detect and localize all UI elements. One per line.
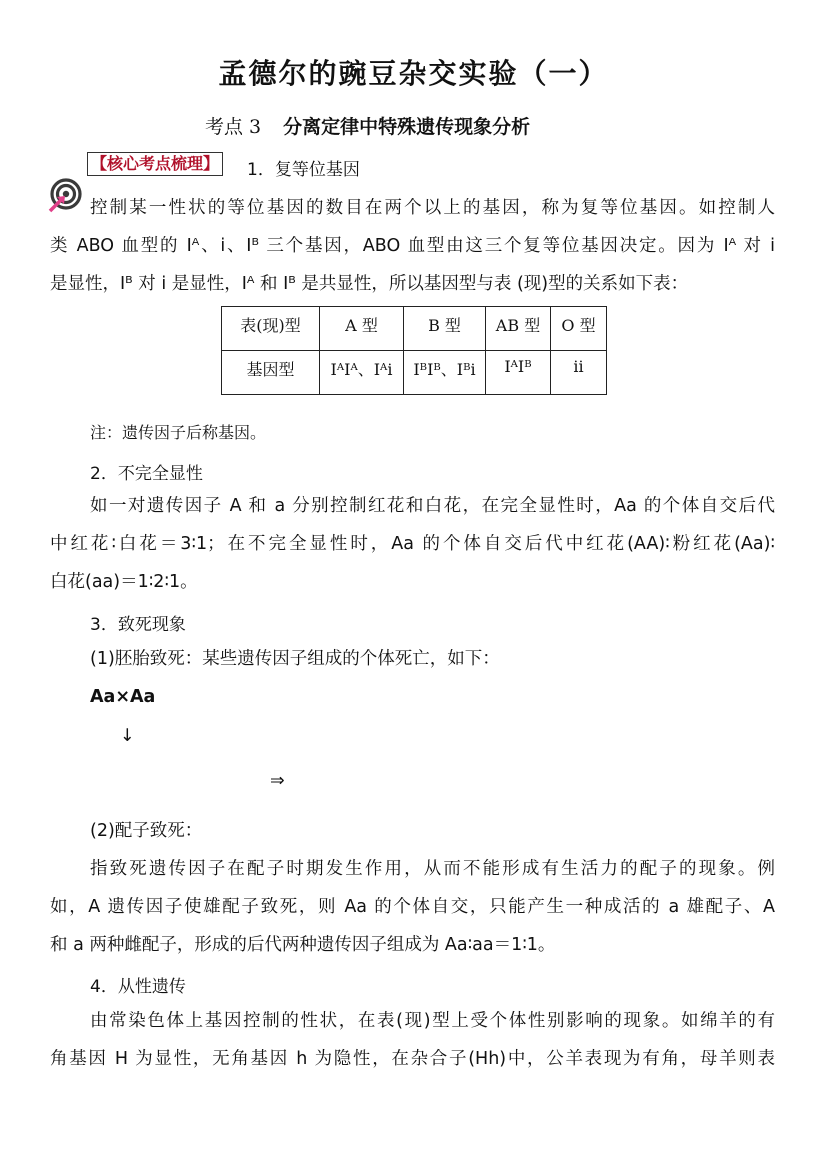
table-row: 基因型 IᴬIᴬ、Iᴬi IᴮIᴮ、Iᴮi IᴬIᴮ ii xyxy=(222,351,607,395)
paragraph-line: 由常染色体上基因控制的性状，在表(现)型上受个体性别影响的现象。如绵羊的有 xyxy=(50,1002,775,1040)
cross-formula: Aa×Aa xyxy=(90,678,155,716)
paragraph-line: 中红花∶白花＝3∶1；在不完全显性时，Aa 的个体自交后代中红花(AA)∶粉红花… xyxy=(50,525,775,563)
subtitle-text: 分离定律中特殊遗传现象分析 xyxy=(283,116,530,138)
table-header: 表(现)型 xyxy=(222,307,320,351)
table-cell: ii xyxy=(551,351,607,395)
heading-multiple-alleles: 1．复等位基因 xyxy=(247,155,360,180)
table-row-label: 基因型 xyxy=(222,351,320,395)
paragraph-line: 控制某一性状的等位基因的数目在两个以上的基因，称为复等位基因。如控制人 xyxy=(50,189,775,227)
paragraph-line: 指致死遗传因子在配子时期发生作用，从而不能形成有生活力的配子的现象。例 xyxy=(50,850,775,888)
heading-incomplete-dominance: 2．不完全显性 xyxy=(90,459,203,484)
arrow-right-icon: ⇒ xyxy=(270,762,285,800)
table-header: B 型 xyxy=(404,307,486,351)
arrow-down-icon: ↓ xyxy=(120,717,135,755)
table-header: AB 型 xyxy=(486,307,551,351)
heading-sex-influenced: 4．从性遗传 xyxy=(90,972,186,997)
paragraph-line: 是显性，Iᴮ 对 i 是显性，Iᴬ 和 Iᴮ 是共显性，所以基因型与表 (现)型… xyxy=(50,265,688,303)
page-title: 孟德尔的豌豆杂交实验（一） xyxy=(0,52,827,92)
subheading-gamete-lethal: (2)配子致死： xyxy=(90,812,202,850)
table-cell: IᴬIᴬ、Iᴬi xyxy=(320,351,404,395)
core-points-tag: 【核心考点梳理】 xyxy=(87,152,223,176)
table-header-row: 表(现)型 A 型 B 型 AB 型 O 型 xyxy=(222,307,607,351)
paragraph-line: 和 a 两种雌配子，形成的后代两种遗传因子组成为 Aa∶aa＝1∶1。 xyxy=(50,926,555,964)
table-cell: IᴮIᴮ、Iᴮi xyxy=(404,351,486,395)
table-header: O 型 xyxy=(551,307,607,351)
paragraph-line: 角基因 H 为显性，无角基因 h 为隐性，在杂合子(Hh)中，公羊表现为有角，母… xyxy=(50,1040,775,1078)
table-header: A 型 xyxy=(320,307,404,351)
blood-type-table: 表(现)型 A 型 B 型 AB 型 O 型 基因型 IᴬIᴬ、Iᴬi IᴮIᴮ… xyxy=(221,306,607,395)
heading-lethal-phenomenon: 3．致死现象 xyxy=(90,610,186,635)
section-subtitle: 考点 3分离定律中特殊遗传现象分析 xyxy=(205,112,530,139)
paragraph-line: 类 ABO 血型的 Iᴬ、i、Iᴮ 三个基因，ABO 血型由这三个复等位基因决定… xyxy=(50,227,775,265)
subtitle-number: 考点 3 xyxy=(205,116,261,138)
table-cell: IᴬIᴮ xyxy=(486,351,551,395)
note-text: 注：遗传因子后称基因。 xyxy=(90,420,266,443)
paragraph-line: 如，A 遗传因子使雄配子致死，则 Aa 的个体自交，只能产生一种成活的 a 雄配… xyxy=(50,888,775,926)
subheading-embryo-lethal: (1)胚胎致死：某些遗传因子组成的个体死亡，如下： xyxy=(90,640,500,678)
paragraph-line: 如一对遗传因子 A 和 a 分别控制红花和白花，在完全显性时，Aa 的个体自交后… xyxy=(50,487,775,525)
paragraph-line: 白花(aa)＝1∶2∶1。 xyxy=(50,563,198,601)
